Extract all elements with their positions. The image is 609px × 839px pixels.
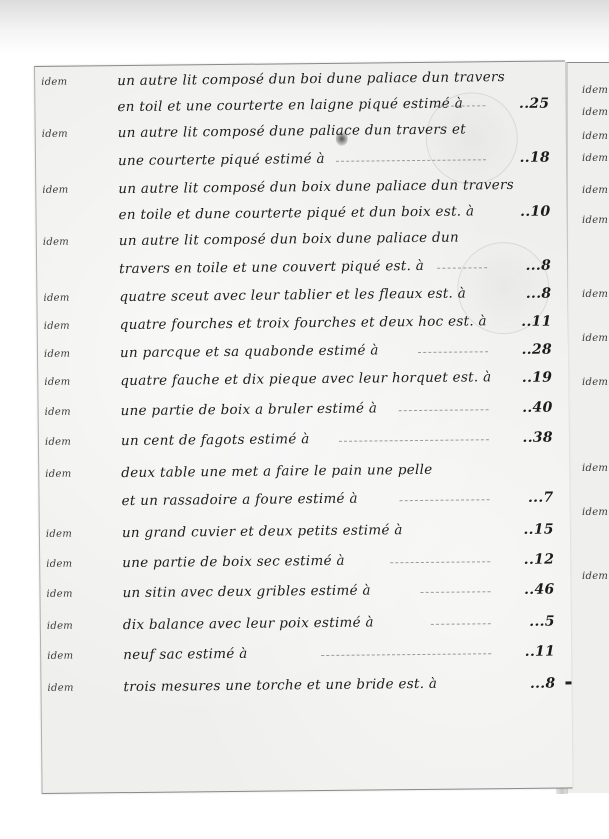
leader-line — [399, 409, 489, 411]
inventory-entry: idem une partie de boix a bruler estimé … — [39, 395, 569, 427]
margin-label: idem — [47, 651, 73, 662]
entry-line: en toile et dune courterte piqué et dun … — [118, 203, 474, 223]
margin-label: idem — [45, 469, 71, 480]
leader-line — [437, 267, 487, 269]
amount: ...8 — [509, 676, 555, 692]
entry-line: quatre sceut avec leur tablier et les fl… — [119, 285, 466, 305]
amount: ..12 — [508, 552, 554, 568]
inventory-entry: idem neuf sac estimé à ..11 — [41, 639, 571, 671]
facing-margin-label: idem — [582, 571, 608, 582]
amount: ...8 — [505, 286, 551, 302]
leader-line — [321, 653, 491, 656]
inventory-entry: idem un autre lit composé dun boix dune … — [37, 225, 567, 257]
inventory-entry: idem quatre sceut avec leur tablier et l… — [37, 281, 567, 313]
inventory-entry: idem quatre fauche et dix pieque avec le… — [38, 365, 568, 397]
inventory-entry: idem une partie de boix sec estimé à ..1… — [40, 547, 570, 579]
amount: ..19 — [506, 370, 552, 386]
entry-line: un autre lit composé dun boix dune palia… — [119, 230, 459, 250]
margin-label: idem — [43, 237, 69, 248]
entry-line: dix balance avec leur poix estimé à — [123, 614, 374, 633]
entry-line: et un rassadoire a foure estimé à — [121, 491, 357, 509]
inventory-page: idem un autre lit composé dun boi dune p… — [34, 60, 573, 794]
entry-line: une courterte piqué estimé à — [118, 151, 325, 169]
amount: ...5 — [509, 614, 555, 630]
facing-margin-label: idem — [582, 215, 608, 226]
leader-line — [421, 591, 491, 593]
entry-line: un cent de fagots estimé à — [121, 431, 310, 449]
entry-line: quatre fourches et troix fourches et deu… — [120, 313, 487, 333]
leader-line — [431, 623, 491, 625]
inventory-entry: idem un grand cuvier et deux petits esti… — [40, 517, 570, 549]
inventory-entry: idem un autre lit composé dune paliace d… — [36, 117, 566, 149]
margin-label: idem — [46, 529, 72, 540]
entry-line: un autre lit composé dun boi dune paliac… — [117, 69, 505, 89]
inventory-entry: idem quatre fourches et troix fourches e… — [38, 309, 568, 341]
entry-line: un grand cuvier et deux petits estimé à — [122, 522, 403, 541]
entry-line: neuf sac estimé à — [123, 646, 248, 663]
entry-line: un sitin avec deux gribles estimé à — [122, 583, 370, 602]
entry-line: deux table une met a faire le pain une p… — [121, 462, 432, 481]
facing-margin-label: idem — [582, 131, 608, 142]
inventory-entry-continuation: et un rassadoire a foure estimé à ...7 — [39, 485, 569, 517]
facing-margin-label: idem — [582, 507, 608, 518]
facing-margin-label: idem — [582, 185, 608, 196]
amount: ..28 — [506, 342, 552, 358]
amount: ...8 — [505, 258, 551, 274]
entry-line: une partie de boix sec estimé à — [122, 553, 345, 571]
margin-label: idem — [44, 349, 70, 360]
leader-line — [339, 439, 489, 442]
leader-line — [336, 159, 486, 162]
entry-line: travers en toile et une couvert piqué es… — [119, 258, 424, 277]
amount: ...7 — [507, 490, 553, 506]
inventory-entry: idem un cent de fagots estimé à ..38 — [39, 425, 569, 457]
entry-line: quatre fauche et dix pieque avec leur ho… — [120, 369, 491, 389]
facing-margin-label: idem — [582, 85, 608, 96]
margin-label: idem — [47, 683, 73, 694]
amount: ..38 — [507, 430, 553, 446]
scanned-document: idem idem idem idem idem idem idem idem … — [0, 0, 609, 839]
inventory-entry: idem dix balance avec leur poix estimé à… — [41, 609, 571, 641]
leader-line — [400, 499, 490, 501]
amount: ..46 — [508, 582, 554, 598]
entry-line: une partie de boix a bruler estimé à — [121, 400, 378, 419]
inventory-entry-continuation: une courterte piqué estimé à ..18 — [36, 145, 566, 177]
margin-label: idem — [44, 377, 70, 388]
facing-margin-label: idem — [582, 153, 608, 164]
amount: ..11 — [509, 644, 555, 660]
entry-line: un parcque et sa quabonde estimé à — [120, 342, 379, 361]
margin-label: idem — [45, 407, 71, 418]
amount: ..15 — [508, 522, 554, 538]
amount: ..10 — [504, 204, 550, 220]
facing-margin-label: idem — [582, 107, 608, 118]
margin-label: idem — [42, 185, 68, 196]
margin-label: idem — [42, 129, 68, 140]
inventory-entry: idem un parcque et sa quabonde estimé à … — [38, 337, 568, 369]
facing-margin-label: idem — [582, 333, 608, 344]
amount: ..40 — [507, 400, 553, 416]
entry-line: un autre lit composé dun boix dune palia… — [118, 177, 514, 197]
amount: ..25 — [503, 96, 549, 112]
inventory-entry: idem un sitin avec deux gribles estimé à… — [40, 577, 570, 609]
margin-label: idem — [46, 589, 72, 600]
amount: ..18 — [504, 150, 550, 166]
facing-margin-label: idem — [582, 463, 608, 474]
margin-tick-mark — [565, 681, 571, 684]
facing-margin-label: idem — [582, 289, 608, 300]
leader-line — [418, 351, 488, 353]
margin-label: idem — [43, 293, 69, 304]
margin-label: idem — [41, 77, 67, 88]
margin-label: idem — [44, 321, 70, 332]
margin-label: idem — [46, 559, 72, 570]
facing-page: idem idem idem idem idem idem idem idem … — [566, 62, 609, 793]
margin-label: idem — [47, 621, 73, 632]
entry-line: en toil et une courterte en laigne piqué… — [117, 96, 463, 116]
inventory-entry-continuation: travers en toile et une couvert piqué es… — [37, 253, 567, 285]
entry-line: un autre lit composé dune paliace dun tr… — [118, 121, 466, 141]
entry-line: trois mesures une torche et une bride es… — [123, 676, 437, 695]
leader-line — [390, 561, 490, 563]
amount: ..11 — [506, 314, 552, 330]
margin-label: idem — [45, 437, 71, 448]
inventory-entry: idem trois mesures une torche et une bri… — [41, 671, 571, 703]
inventory-entry: idem deux table une met a faire le pain … — [39, 457, 569, 489]
facing-margin-label: idem — [582, 377, 608, 388]
